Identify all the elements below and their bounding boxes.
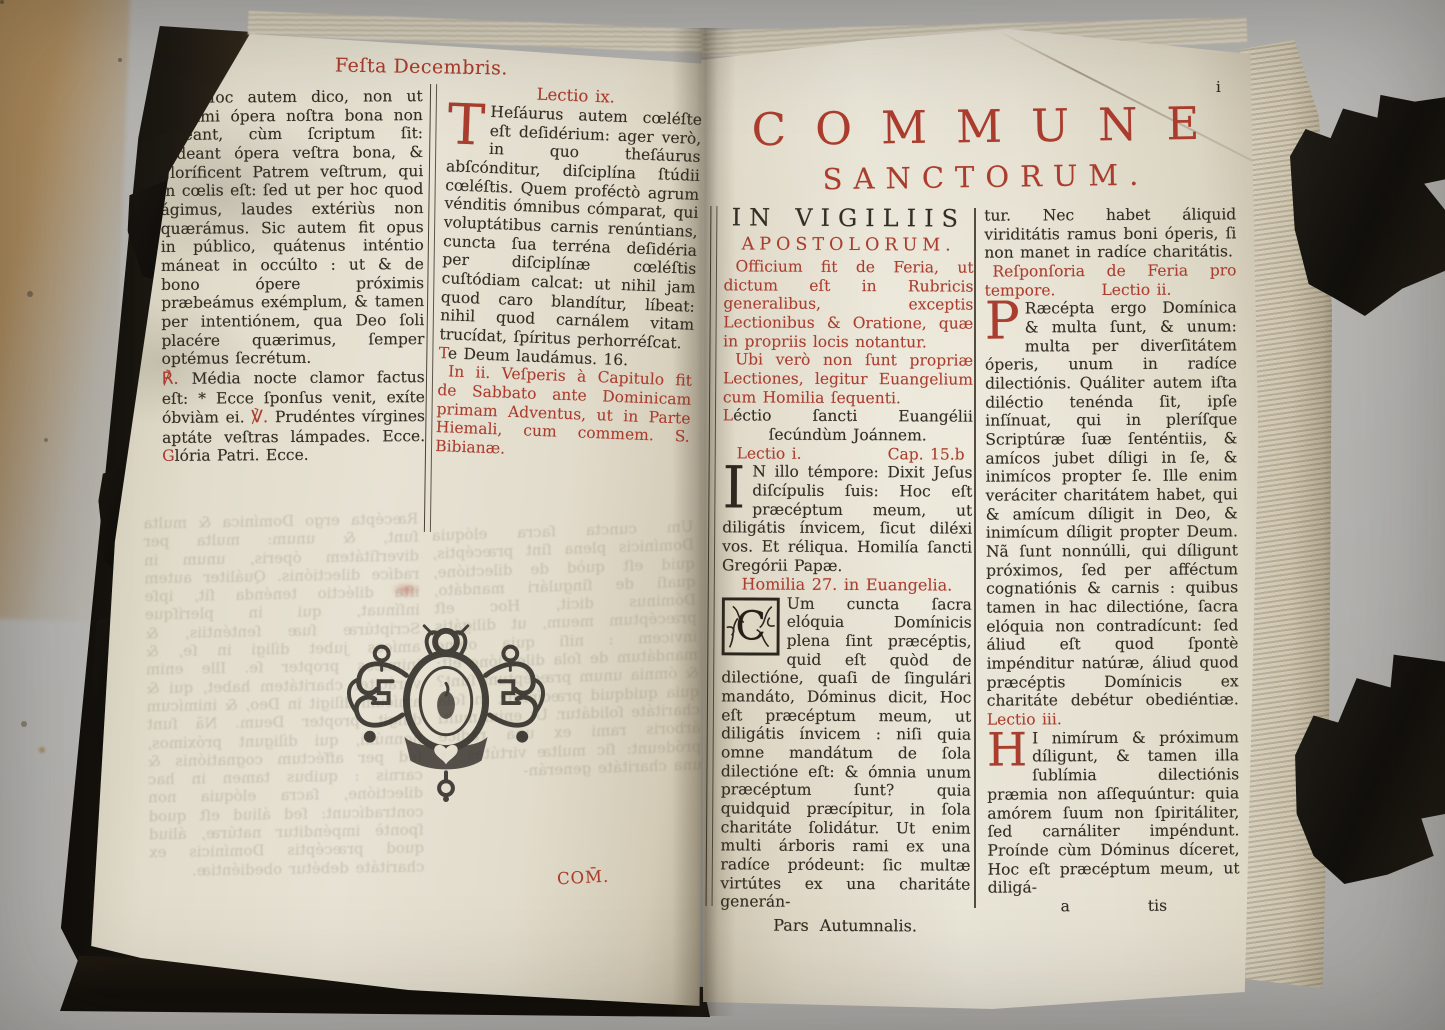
gospel-paragraph: IN illo témpore: Dixit Jeſus diſcípulis … xyxy=(722,463,973,576)
responsoria-rubric-line: Reſponſoria de Feria pro tempore.Lectio … xyxy=(984,261,1236,300)
in-vigiliis-heading: IN VIGILIIS xyxy=(724,203,974,233)
signature-pars-autumnalis: Pars Autumnalis. xyxy=(720,915,970,936)
rubric-officium: Officium fit de Feria, ut dictum eſt in … xyxy=(723,257,973,352)
gospel-text: N illo témpore: Dixit Jeſus diſcípulis ſ… xyxy=(722,463,973,575)
lectio-chapter-line: Lectio i. Cap. 15.b xyxy=(723,444,973,464)
drop-cap-H: H xyxy=(987,729,1032,768)
svg-text:C: C xyxy=(735,603,766,649)
dust-specks xyxy=(0,0,4,4)
page-number-right: i xyxy=(1216,78,1221,96)
drop-cap-T: T xyxy=(447,101,491,149)
left-page: 580 Feſta Decembris. via. Hoc autem dico… xyxy=(85,22,707,1022)
catchword-left-page: COM̄. xyxy=(557,867,610,889)
catchword-right-page: tis xyxy=(1148,897,1167,916)
red-ink-offset-stain xyxy=(391,582,421,598)
lectio-iii-label: Lectio iii. xyxy=(987,710,1062,728)
commune-title: COMMUNE xyxy=(728,96,1239,156)
photo-of-antique-book: 580 Feſta Decembris. via. Hoc autem dico… xyxy=(0,0,1445,1030)
lesson-ii-paragraph: PRæcépta ergo Domínica & multa ſunt, & u… xyxy=(985,299,1239,730)
gloria-initial: G xyxy=(162,447,175,465)
running-title: Feſta Decembris. xyxy=(335,54,508,79)
lesson-ii-text: Ræcépta ergo Domínica & multa ſunt, & un… xyxy=(985,299,1239,710)
column-rule-left-page xyxy=(424,84,437,532)
left-column-2: Lectio ix. THeſáurus autem cœléſte eſt d… xyxy=(435,81,703,465)
rubric-ubi-vero: Ubi verò non ſunt propriæ Lectiones, leg… xyxy=(723,351,973,408)
left-column-1: via. Hoc autem dico, non ut próximi óper… xyxy=(160,87,426,466)
right-page: i COMMUNE SANCTORUM. IN VIGILIIS APOSTOL… xyxy=(698,20,1264,1022)
homily-paragraph: C Um cuncta ſacra elóquia Domínicis plen… xyxy=(720,594,972,913)
versicle-mark: ℣. xyxy=(251,407,268,427)
tailpiece-ornament xyxy=(337,614,555,802)
lectio-i-label: Lectio i. xyxy=(737,444,802,463)
signature-catchword-line: a tis xyxy=(988,896,1240,916)
right-column-1: IN VIGILIIS APOSTOLORUM. Officium fit de… xyxy=(720,203,974,936)
lesson-i-continuation: tur. Nec habet áliquid viriditátis ramus… xyxy=(984,205,1236,262)
signature-mark: a xyxy=(1061,897,1070,916)
apostolorum-heading: APOSTOLORUM. xyxy=(724,234,974,256)
homily-heading: Homilia 27. in Euangelia. xyxy=(722,575,972,596)
column-rule-right-page xyxy=(974,208,978,908)
lectio-ii-label: Lectio ii. xyxy=(1101,280,1171,298)
gospel-incipit: Léctio ſancti Euangélii ſecúndùm Joánnem… xyxy=(723,407,973,446)
lesson-ix-paragraph: THeſáurus autem cœléſte eſt deſidérium: … xyxy=(439,101,702,353)
gloria-text: lória Patri. Ecce. xyxy=(175,446,309,465)
gutter-shadow xyxy=(672,28,736,1016)
para-hoc-autem: via. Hoc autem dico, non ut próximi óper… xyxy=(160,87,425,368)
drop-cap-P: P xyxy=(985,300,1025,344)
chapter-label: Cap. 15.b xyxy=(888,445,965,464)
right-column-2: tur. Nec habet áliquid viriditátis ramus… xyxy=(984,205,1240,916)
vespers-rubric: In ii. Veſperis à Capitulo fit de Sabbat… xyxy=(435,362,692,465)
response-mark: ℟. xyxy=(162,369,179,389)
sanctorum-title: SANCTORUM. xyxy=(728,156,1238,197)
lesson-iii-paragraph: HI nimírum & próximum díligunt, & tamen … xyxy=(987,728,1240,897)
